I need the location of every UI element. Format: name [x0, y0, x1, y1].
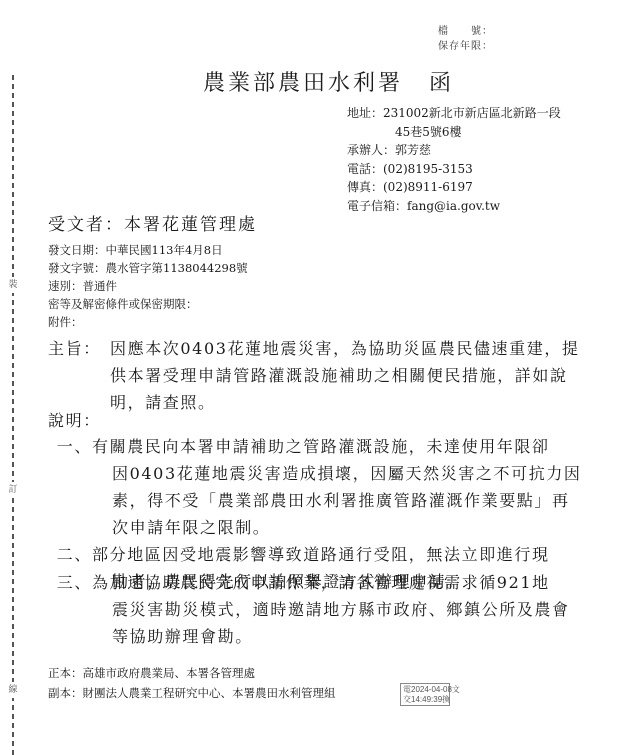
item-number: 二、 — [48, 541, 92, 568]
explanation-label: 說明： — [48, 408, 101, 431]
subject-line-2: 供本署受理申請管路灌溉設施補助之相關便民措施，詳如說 — [48, 362, 580, 389]
exchange-stamp: 電2024-04-08文 交14:49:39換 — [400, 683, 450, 706]
agency-name: 農業部農田水利署 — [203, 71, 403, 96]
original-recipients: 正本：高雄市政府農業局、本署各管理處 — [48, 664, 255, 682]
item-number: 三、 — [48, 569, 92, 596]
item-line: 為加速協助農民完成申請作業，請各管理處視需求循921地 — [92, 573, 550, 592]
issue-date: 發文日期：中華民國113年4月8日 — [48, 241, 248, 259]
subject-line-3: 明，請查照。 — [48, 389, 580, 416]
issue-number: 發文字號：農水管字第1138044298號 — [48, 259, 248, 277]
item-line: 次申請年限之限制。 — [48, 514, 582, 541]
explanation-item-1: 一、有關農民向本署申請補助之管路灌溉設施，未達使用年限卻 因0403花蓮地震災害… — [48, 433, 582, 541]
copy-recipients: 副本：財團法人農業工程研究中心、本署農田水利管理組 — [48, 684, 336, 702]
contact-block: 地址：231002新北市新店區北新路一段 45巷5號6樓 承辦人：郭芳慈 電話：… — [347, 104, 561, 215]
speed: 速別：普通件 — [48, 277, 248, 295]
document-title: 農業部農田水利署函 — [203, 66, 454, 97]
subject-label: 主旨： — [48, 335, 110, 362]
item-line: 有關農民向本署申請補助之管路灌溉設施，未達使用年限卻 — [92, 437, 550, 456]
item-line: 素，得不受「農業部農田水利署推廣管路灌溉作業要點」再 — [48, 487, 582, 514]
address-line-1: 地址：231002新北市新店區北新路一段 — [347, 104, 561, 123]
retention-label: 保存年限： — [438, 37, 493, 52]
recipient: 受文者：本署花蓮管理處 — [48, 210, 257, 235]
fax: 傳真：(02)8911-6197 — [347, 178, 561, 197]
stamp-time: 交14:49:39換 — [403, 695, 447, 705]
document-type: 函 — [429, 71, 454, 96]
handler: 承辦人：郭芳慈 — [347, 141, 561, 160]
address-line-2: 45巷5號6樓 — [347, 123, 561, 142]
attachment: 附件： — [48, 313, 248, 331]
email: 電子信箱：fang@ia.gov.tw — [347, 197, 561, 216]
binding-char-ding: 訂 — [6, 482, 20, 498]
subject-block: 主旨：因應本次0403花蓮地震災害，為協助災區農民儘速重建，提 供本署受理申請管… — [48, 335, 580, 416]
item-line: 震災害勘災模式，適時邀請地方縣市政府、鄉鎮公所及農會 — [48, 596, 570, 623]
binding-line — [12, 75, 14, 755]
item-line: 因0403花蓮地震災害造成損壞，因屬天然災害之不可抗力因 — [48, 460, 582, 487]
phone: 電話：(02)8195-3153 — [347, 160, 561, 179]
item-line: 部分地區因受地震影響導致道路通行受阻，無法立即進行現 — [92, 545, 550, 564]
stamp-date: 電2024-04-08文 — [403, 685, 447, 695]
binding-char-xian: 線 — [6, 682, 20, 698]
file-number-label: 檔 號： — [438, 22, 493, 37]
item-number: 一、 — [48, 433, 92, 460]
explanation-item-3-body: 三、為加速協助農民完成申請作業，請各管理處視需求循921地 震災害勘災模式，適時… — [48, 569, 570, 650]
security-level: 密等及解密條件或保密期限： — [48, 295, 248, 313]
binding-char-zhuang: 裝 — [6, 277, 20, 293]
item-line: 等協助辦理會勘。 — [48, 623, 570, 650]
meta-block: 發文日期：中華民國113年4月8日 發文字號：農水管字第1138044298號 … — [48, 241, 248, 331]
subject-line-1: 因應本次0403花蓮地震災害，為協助災區農民儘速重建，提 — [110, 339, 580, 358]
